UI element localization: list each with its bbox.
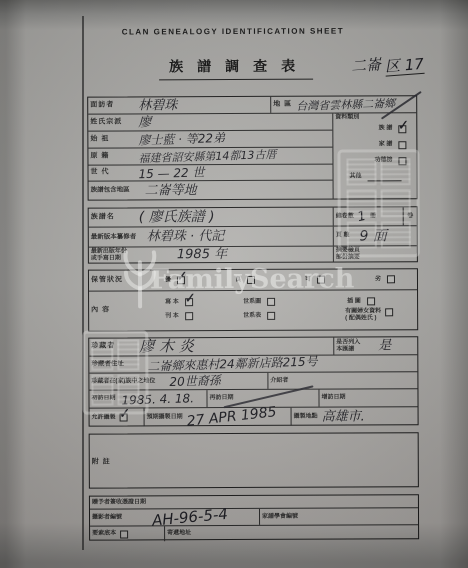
content-illustration-checkbox	[367, 298, 375, 306]
condition-good-label: 良	[233, 277, 243, 284]
processing-table: 贈予者簽收憑證日期 攝影者編號 AH-96-5-4 家譜學會編號 要索底本	[89, 494, 419, 540]
origin-value: 福建省詔安縣第14都13古厝	[138, 149, 276, 164]
annotation-number: 区 17	[384, 57, 424, 77]
condition-content-table: 保管狀況 優✓ 良 可 劣 內 容 寫 本✓ 世系圖 插 圖 刊 本 世系表	[88, 268, 418, 331]
filming-place-label: 攝製地點	[292, 413, 320, 420]
content-manuscript-checkbox: ✓	[185, 299, 193, 307]
coverage-area-value: 二崙等地	[145, 184, 197, 197]
condition-fair-label: 可	[303, 276, 313, 283]
condition-fair-checkbox	[317, 276, 325, 284]
content-label: 內 容	[89, 306, 112, 316]
origin-label: 原 籍	[88, 152, 111, 162]
content-printed-label: 刊 本	[163, 313, 181, 320]
category-genealogy-checkbox: ✓	[398, 125, 406, 133]
photographer-number-value: AH-96-5-4	[151, 506, 228, 528]
society-number-label: 家譜學會編號	[260, 513, 300, 520]
filming-date-label: 預期攝製日期	[145, 414, 185, 421]
filming-date-value: 27 APR 1985	[186, 405, 277, 429]
owner-address-value: 二崙鄉來惠村24鄰新店路215号	[147, 355, 317, 372]
publish-year-label-line2: 或手寫日期	[89, 255, 123, 262]
archive-seal-stamp-left	[82, 330, 148, 414]
included-label-line2: 本匯譜	[334, 346, 362, 353]
content-pedigree-table-label: 世系表	[241, 312, 263, 319]
scanned-document: CLAN GENEALOGY IDENTIFICATION SHEET 族譜調查…	[0, 0, 468, 568]
handwritten-annotation: 二崙区 17	[351, 57, 424, 75]
condition-poor-label: 劣	[373, 276, 383, 283]
photographer-number-label: 攝影者編號	[90, 514, 152, 521]
introducer-label: 介紹者	[268, 377, 290, 384]
condition-label: 保管狀況	[89, 275, 125, 285]
content-pedigree-chart-label: 世系圖	[241, 299, 263, 306]
condition-excellent-label: 優	[163, 277, 173, 284]
content-pedigree-table-checkbox	[267, 312, 275, 320]
category-family-record-checkbox	[398, 141, 406, 149]
second-visit-label: 再訪日期	[207, 395, 235, 402]
content-illustration-label: 插 圖	[345, 298, 363, 305]
interviewer-label: 面訪者	[88, 100, 116, 110]
filming-permitted-checkbox: ✓	[120, 413, 128, 421]
condition-good-checkbox	[247, 276, 255, 284]
notes-label: 附 註	[90, 457, 113, 467]
annotation-volume: 二崙	[351, 57, 382, 74]
compiler-label: 最新版本纂修者	[89, 233, 139, 241]
ancestor-label: 始 祖	[88, 135, 111, 145]
category-family-record-label: 家 譜	[377, 142, 395, 149]
owner-position-value: 20世裔孫	[169, 374, 221, 388]
request-copy-label: 要索底本	[90, 531, 118, 538]
region-value: 台灣省雲林縣二崙鄉	[296, 98, 395, 112]
content-pedigree-chart-checkbox	[267, 298, 275, 306]
coverage-area-label: 族譜包含地區	[89, 187, 132, 195]
genealogy-form: CLAN GENEALOGY IDENTIFICATION SHEET 族譜調查…	[0, 0, 468, 568]
form-header: CLAN GENEALOGY IDENTIFICATION SHEET	[0, 26, 467, 37]
included-value: 是	[378, 339, 391, 352]
clan-label: 姓氏宗派	[88, 117, 124, 127]
category-genealogy-label: 族 譜	[377, 126, 395, 133]
archive-seal-stamp-right	[337, 149, 419, 257]
content-women-data-note: ( 配偶姓氏 )	[345, 315, 381, 322]
filming-place-value: 高雄市.	[322, 410, 365, 423]
notes-table: 附 註	[89, 432, 419, 488]
request-copy-checkbox	[120, 530, 128, 538]
generations-label: 世 代	[88, 168, 111, 178]
compiler-value: 林碧珠 · 代記	[147, 230, 224, 243]
content-women-data-checkbox	[385, 309, 393, 317]
interviewer-value: 林碧珠	[138, 99, 177, 112]
region-label: 地 區	[271, 100, 294, 110]
additional-visit-label: 增訪日期	[319, 395, 347, 402]
mailing-address-label: 寄遞地址	[165, 530, 193, 537]
donor-receipt-label: 贈予者簽收憑證日期	[90, 499, 148, 506]
generations-value: 15 — 22 世	[138, 166, 204, 180]
content-manuscript-label: 寫 本	[163, 299, 181, 306]
content-printed-checkbox	[185, 312, 193, 320]
clan-value: 廖	[138, 116, 151, 129]
book-name-value: ( 廖氏族譜 )	[139, 210, 215, 224]
form-title: 族譜調查表	[159, 56, 313, 81]
filming-permitted-label: 允許攝製	[90, 414, 118, 421]
ancestor-value: 廖士藍 · 等22弟	[138, 132, 225, 147]
book-name-label: 族譜名	[89, 212, 117, 222]
condition-poor-checkbox	[387, 275, 395, 283]
publish-year-value: 1985 年	[177, 248, 227, 261]
condition-excellent-checkbox: ✓	[177, 276, 185, 284]
